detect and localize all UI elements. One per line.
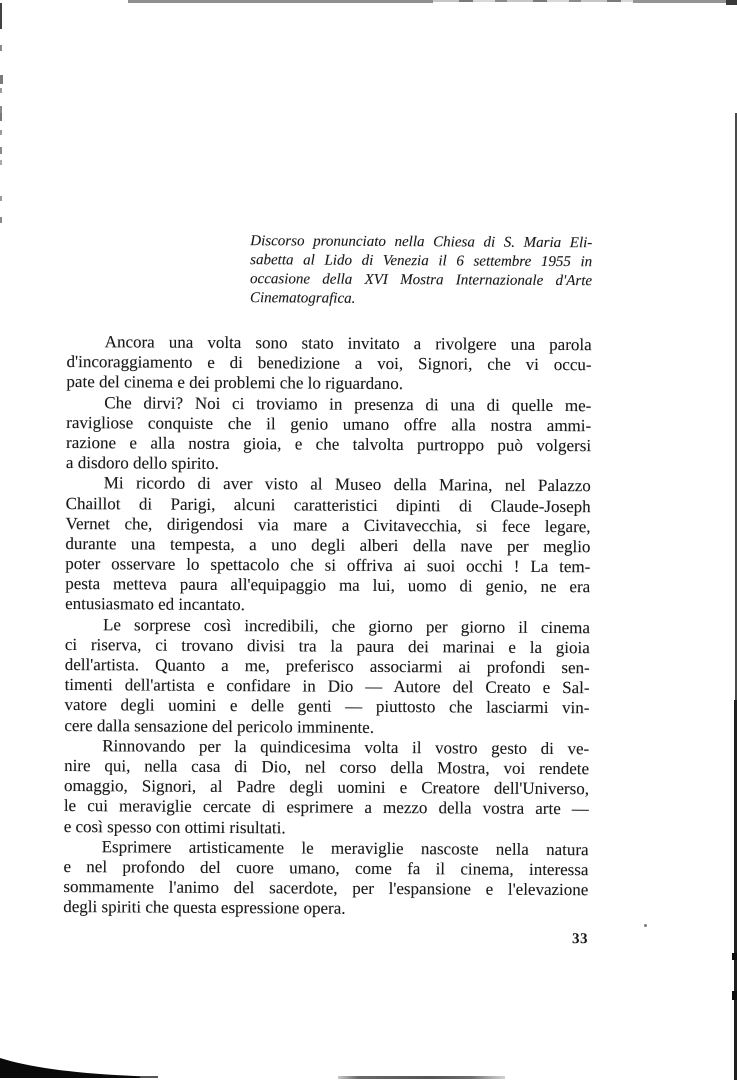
scan-artifact-left-tick [0,217,2,223]
text-line: sabetta al Lido di Venezia il 6 settembr… [250,251,592,272]
body-text: Ancora una volta sono stato invitato a r… [63,332,592,921]
scan-artifact-left-tick [0,160,2,165]
dedication-block: Discorso pronunciato nella Chiesa di S. … [250,232,592,310]
scan-artifact-corner-fold [0,1052,160,1080]
text-line: vatore degli uomini e delle genti — piut… [64,695,589,718]
scan-artifact-top-edge-line [128,0,433,3]
paragraph: Che dirvi? Noi ci troviamo in presenza d… [66,393,591,477]
paragraph: Ancora una volta sono stato invitato a r… [66,332,591,396]
scan-artifact-left-tick [0,196,2,201]
scan-artifact-left-tick [0,147,2,154]
text-line: Chaillot di Parigi, alcuni caratteristic… [66,494,591,517]
text-line: entusiasmato ed incantato. [65,594,590,617]
text-line: Che dirvi? Noi ci troviamo in presenza d… [66,393,591,416]
scan-artifact-left-tick [0,75,3,84]
scan-artifact-right-blob [732,991,737,1000]
scan-artifact-speck [644,924,647,927]
text-line: Discorso pronunciato nella Chiesa di S. … [250,232,592,253]
scan-artifact-left-tick [0,106,2,113]
scan-artifact-bottom-bar [338,1076,505,1079]
text-line: Cinematografica. [250,289,592,310]
page-number: 33 [518,931,588,948]
text-line: le cui meraviglie cercate di esprimere a… [64,796,589,819]
text-line: cere dalla sensazione del pericolo immin… [64,716,589,739]
text-line: Mi ricordo di aver visto al Museo della … [66,473,591,496]
text-line: degli spiriti che questa espressione ope… [63,897,588,920]
scan-artifact-left-edge-mark [0,3,2,29]
scanned-book-page: Discorso pronunciato nella Chiesa di S. … [0,0,737,1080]
paragraph: Rinnovando per la quindicesima volta il … [64,736,590,840]
scan-artifact-top-edge-line [633,0,737,3]
scan-artifact-left-tick [0,88,2,93]
scan-artifact-top-edge-dashes [433,0,633,2]
scan-artifact-corner-blob [726,0,737,5]
text-line: e così spesso con ottimi risultati. [64,816,589,839]
scan-artifact-left-tick [0,113,2,121]
scan-artifact-left-tick [0,130,2,135]
scan-artifact-left-tick [0,45,2,51]
paragraph: Mi ricordo di aver visto al Museo della … [65,473,591,618]
text-line: occasione della XVI Mostra Internazional… [250,270,592,291]
scan-artifact-right-blob [732,953,737,960]
text-line: pate del cinema e dei problemi che lo ri… [66,372,591,395]
paragraph: Le sorprese così incredibili, che giorno… [64,615,590,739]
paragraph: Esprimere artisticamente le meraviglie n… [63,837,588,921]
page-content: Discorso pronunciato nella Chiesa di S. … [0,0,737,1080]
